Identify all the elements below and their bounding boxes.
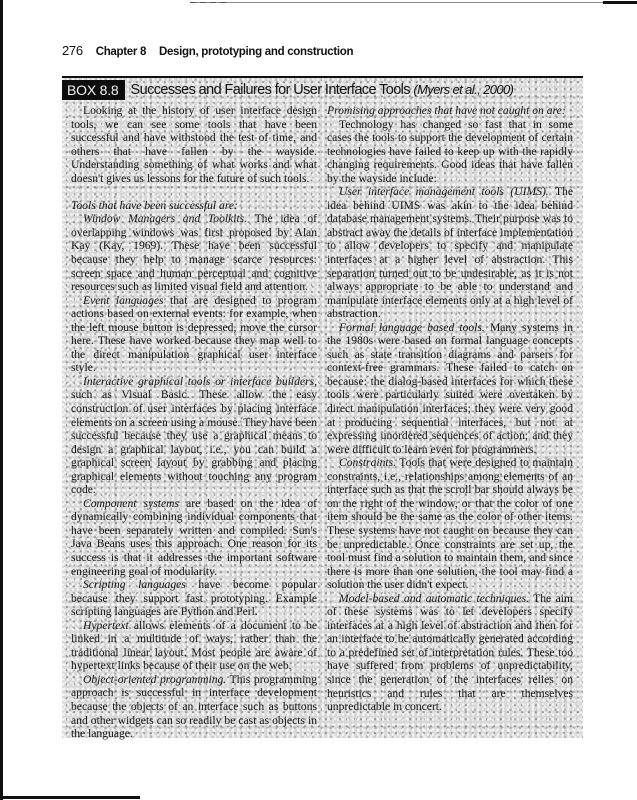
success-term: Scripting languages: [83, 578, 186, 591]
success-item: Scripting languages have become popular …: [71, 578, 317, 619]
success-term: Component systems: [83, 497, 179, 510]
running-head: 276 Chapter 8 Design, prototyping and co…: [62, 43, 353, 58]
box-citation: (Myers et al., 2000): [413, 82, 513, 97]
success-item: Interactive graphical tools or interface…: [71, 375, 317, 497]
bottom-rule: [0, 796, 140, 799]
failure-term: Constraints.: [339, 456, 396, 469]
failure-text: The idea behind UIMS was akin to the ide…: [327, 185, 573, 320]
sidebar-box: BOX 8.8 Successes and Failures for User …: [62, 76, 583, 738]
box-title: Successes and Failures for User Interfac…: [131, 82, 514, 98]
page-number: 276: [62, 43, 83, 58]
top-dashes: [190, 2, 230, 3]
failure-term: Model-based and automatic techniques.: [339, 592, 529, 605]
success-term: Hypertext: [83, 619, 129, 632]
right-column: Promising approaches that have not caugh…: [327, 104, 573, 714]
failures-intro: Technology has changed so fast that in s…: [327, 118, 573, 186]
failure-item: Formal language based tools. Many system…: [327, 321, 573, 456]
success-item: Window Managers and Toolkits. The idea o…: [71, 212, 317, 293]
failure-term: User interface management tools (UIMS).: [339, 185, 549, 198]
success-text: such as Visual Basic. These allow the ea…: [71, 388, 317, 496]
failure-text: The aim of these systems was to let deve…: [327, 592, 573, 713]
success-term: Window Managers and Toolkits.: [83, 212, 247, 225]
success-item: Event languages that are designed to pro…: [71, 294, 317, 375]
failures-heading: Promising approaches that have not caugh…: [327, 104, 573, 118]
box-header: BOX 8.8 Successes and Failures for User …: [62, 80, 513, 100]
page-left-edge: [0, 0, 3, 800]
intro-paragraph: Looking at the history of user interface…: [71, 104, 317, 185]
box-label: BOX 8.8: [62, 80, 125, 100]
success-item: Hypertext allows elements of a document …: [71, 619, 317, 673]
success-term: Interactive graphical tools or interface…: [83, 375, 317, 388]
failure-item: User interface management tools (UIMS). …: [327, 185, 573, 320]
success-item: Object-oriented programming. This progra…: [71, 673, 317, 741]
success-item: Component systems are based on the idea …: [71, 497, 317, 578]
successes-heading: Tools that have been successful are:: [71, 199, 317, 213]
top-rule: [190, 2, 637, 3]
failure-term: Formal language based tools.: [339, 321, 485, 334]
success-term: Object-oriented programming.: [83, 673, 226, 686]
failure-text: Tools that were designed to maintain con…: [327, 456, 573, 591]
failure-item: Constraints. Tools that were designed to…: [327, 456, 573, 591]
success-term: Event languages: [83, 294, 164, 307]
top-rule-mark: [603, 1, 637, 4]
box-title-text: Successes and Failures for User Interfac…: [131, 82, 410, 98]
failure-item: Model-based and automatic techniques. Th…: [327, 592, 573, 714]
left-column: Looking at the history of user interface…: [71, 104, 317, 741]
failure-text: Many systems in the 1980s were based on …: [327, 321, 573, 456]
chapter-title: Design, prototyping and construction: [159, 46, 353, 58]
chapter-label: Chapter 8: [96, 46, 146, 58]
